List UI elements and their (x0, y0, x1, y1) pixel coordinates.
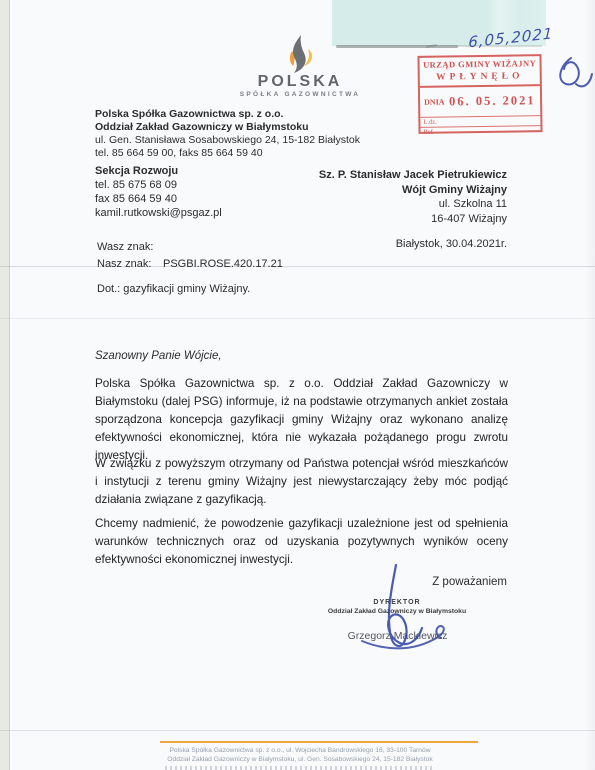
footer-address-1: Polska Spółka Gazownictwa sp. z o.o., ul… (128, 746, 472, 755)
sticky-note-shadow (336, 45, 458, 48)
recipient-city: 16-407 Wiżajny (300, 212, 507, 227)
handwritten-signature (350, 553, 460, 658)
paper-crease (0, 318, 595, 319)
stamp-date-label: DNIA (420, 97, 445, 106)
subject-line: Dot.: gazyfikacji gminy Wiżajny. (97, 283, 250, 295)
sender-company: Polska Spółka Gazownictwa sp. z o.o. (95, 108, 360, 121)
stamp-received-label: WPŁYNĘŁO (420, 71, 540, 88)
salutation: Szanowny Panie Wójcie, (95, 350, 222, 362)
letter-page: POLSKA SPÓŁKA GAZOWNICTWA Polska Spółka … (0, 0, 595, 770)
scanned-letter: { "letterhead": { "logo": { "title": "PO… (0, 0, 595, 770)
sender-branch: Oddział Zakład Gazowniczy w Białymstoku (95, 121, 360, 134)
sender-street: ul. Gen. Stanisława Sosabowskiego 24, 15… (95, 134, 360, 147)
department-fax: fax 85 664 59 40 (95, 192, 222, 206)
paper-crease (0, 730, 595, 731)
body-paragraph-2: W związku z powyższym otrzymany od Państ… (95, 455, 508, 509)
psg-flame-logo-icon (279, 33, 321, 75)
our-ref-label: Nasz znak: (97, 258, 151, 270)
body-paragraph-1: Polska Spółka Gazownictwa sp. z o.o. Odd… (95, 375, 508, 465)
stamp-office-name: URZĄD GMINY WIŻAJNY (419, 56, 539, 73)
sender-address-block: Polska Spółka Gazownictwa sp. z o.o. Odd… (95, 108, 360, 160)
scan-edge-strip (0, 0, 10, 770)
your-ref-label: Wasz znak: (97, 241, 153, 253)
place-and-date: Białystok, 30.04.2021r. (300, 238, 507, 250)
department-email: kamil.rutkowski@psgaz.pl (95, 206, 222, 220)
our-ref-value: PSGBI.ROSE.420.17.21 (163, 258, 283, 270)
sender-phone: tel. 85 664 59 00, faks 85 664 59 40 (95, 147, 360, 160)
footer-clipped-line (165, 766, 435, 770)
paper-crease (0, 266, 595, 267)
recipient-address-block: Sz. P. Stanisław Jacek Pietrukiewicz Wój… (300, 168, 507, 226)
department-name: Sekcja Rozwoju (95, 164, 222, 178)
logo-subtitle: SPÓŁKA GAZOWNICTWA (220, 91, 380, 98)
footer-address-2: Oddział Zakład Gazowniczy w Białymstoku,… (128, 755, 472, 764)
scan-right-shadow (586, 0, 595, 770)
receipt-stamp: URZĄD GMINY WIŻAJNY WPŁYNĘŁO DNIA 06. 05… (417, 54, 542, 134)
stamp-date-value: 06. 05. 2021 (444, 93, 540, 109)
handwritten-initials (545, 50, 595, 100)
department-contact-block: Sekcja Rozwoju tel. 85 675 68 09 fax 85 … (95, 164, 222, 220)
stamp-ref-label: Ref. (420, 125, 540, 137)
footer-rule (160, 741, 478, 743)
recipient-title: Wójt Gminy Wiżajny (300, 183, 507, 198)
department-tel: tel. 85 675 68 09 (95, 178, 222, 192)
logo-wordmark: POLSKA (238, 73, 362, 91)
recipient-street: ul. Szkolna 11 (300, 197, 507, 212)
recipient-name: Sz. P. Stanisław Jacek Pietrukiewicz (300, 168, 507, 183)
